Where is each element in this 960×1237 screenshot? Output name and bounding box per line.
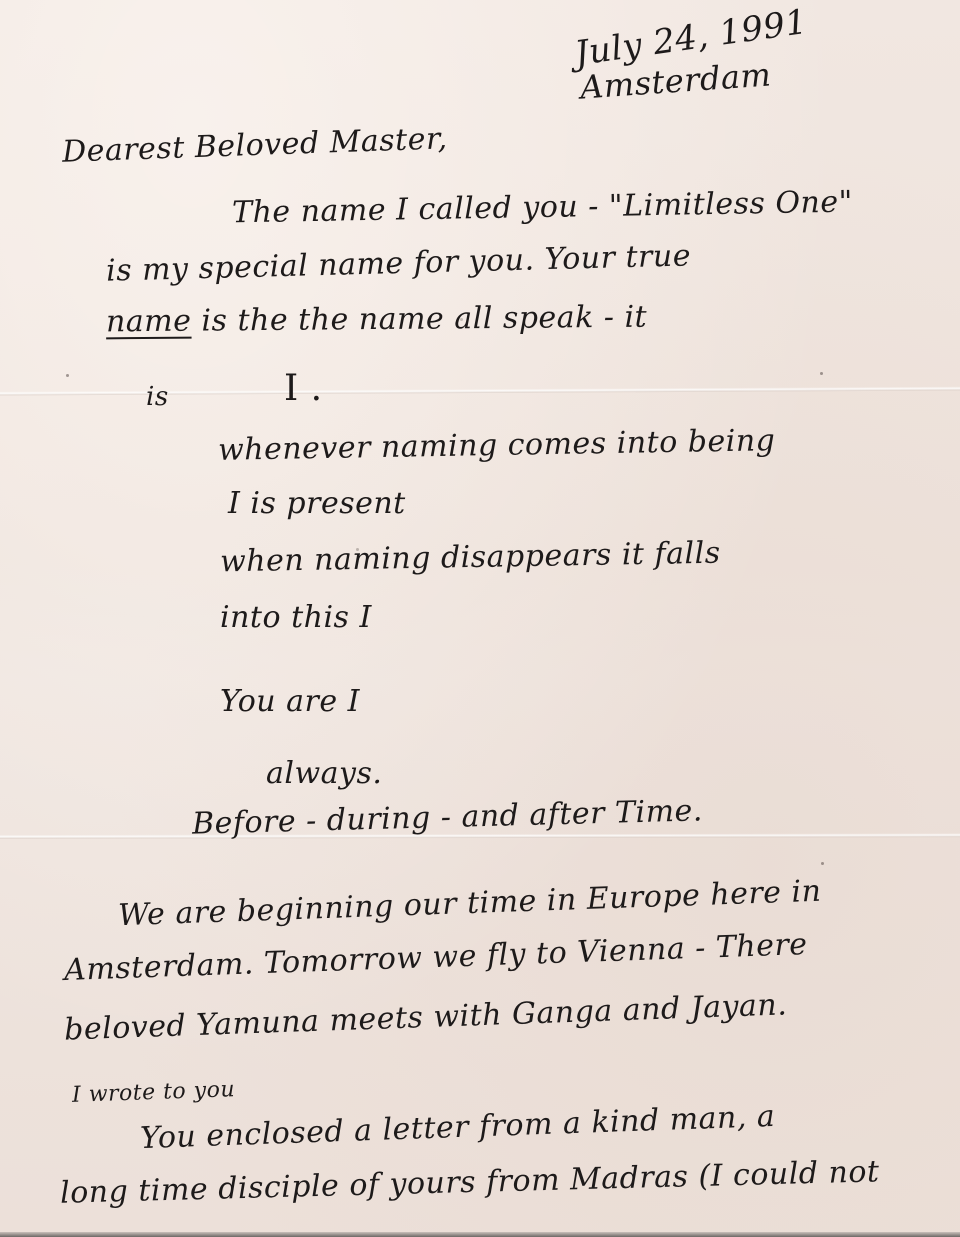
letter-page: July 24, 1991 Amsterdam Dearest Beloved … [0,0,960,1237]
letter-line: We are beginning our time in Europe here… [118,874,822,934]
paper-fold-line [0,386,960,395]
letter-line: is my special name for you. Your true [106,238,692,288]
letter-line: into this I [220,600,372,635]
page-bottom-edge [0,1232,960,1237]
letter-line: when naming disappears it falls [220,536,721,580]
letter-line: You are I [220,684,360,719]
letter-line: You enclosed a letter from a kind man, a [140,1099,776,1156]
letter-line: always. [266,756,382,791]
letter-line-emphasis: I . [284,368,323,409]
letter-line: I is present [228,486,406,521]
letter-salutation: Dearest Beloved Master, [62,121,449,169]
letter-line: long time disciple of yours from Madras … [60,1154,880,1210]
letter-line: name is the the name all speak - it [106,300,647,340]
letter-line: The name I called you - "Limitless One" [232,185,853,231]
underlined-word: name [106,304,192,340]
paper-speck [66,374,69,377]
letter-line: beloved Yamuna meets with Ganga and Jaya… [64,987,788,1047]
letter-line: is [146,382,169,412]
paper-speck [821,862,824,865]
paper-speck [820,372,823,375]
letter-line-text: is the the name all speak - it [191,300,647,339]
letter-insertion: I wrote to you [72,1077,236,1108]
letter-line: Amsterdam. Tomorrow we fly to Vienna - T… [64,927,808,988]
letter-line: whenever naming comes into being [218,423,776,468]
